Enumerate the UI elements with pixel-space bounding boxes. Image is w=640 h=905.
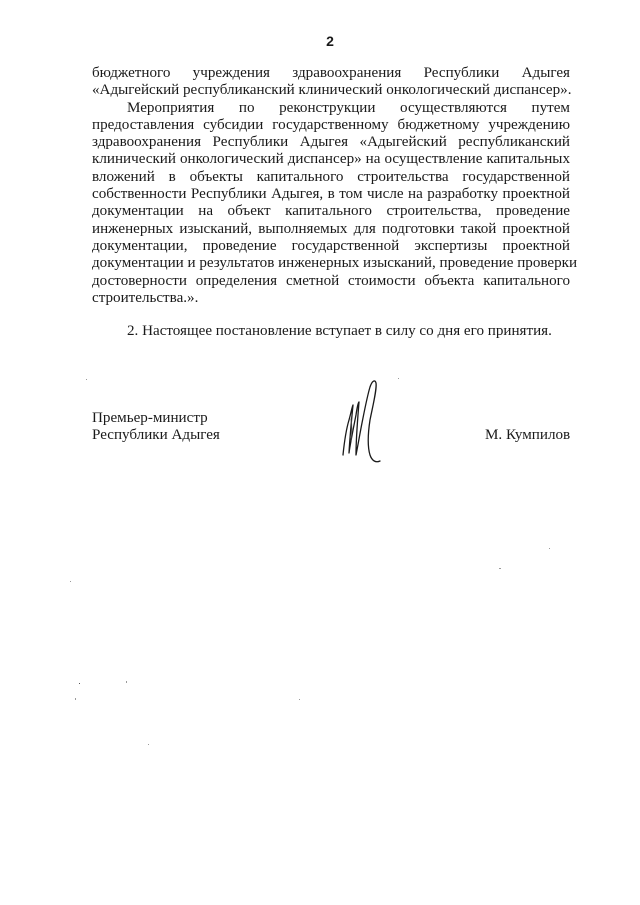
scan-speck [86,379,87,380]
body-text: бюджетного учреждения здравоохранения Ре… [92,65,570,307]
scan-speck [398,378,399,379]
page-number: 2 [0,33,640,49]
text-line: документации, проведение государственной… [92,238,570,255]
text-line: Мероприятия по реконструкции осуществляю… [92,100,570,117]
scan-speck [70,581,71,582]
text-line: документации и результатов инженерных из… [92,255,570,272]
paragraph-continuation: бюджетного учреждения здравоохранения Ре… [92,65,570,100]
scan-speck [549,548,550,549]
handwritten-signature-icon [340,375,385,465]
scan-speck [553,105,554,106]
scan-speck [299,699,300,700]
signatory-title-line-2: Республики Адыгея [92,427,220,444]
text-line: клинический онкологический диспансер» на… [92,151,570,168]
scan-speck [148,744,149,745]
text-line: достоверности определения сметной стоимо… [92,273,570,290]
scan-speck [79,683,80,684]
text-line: документации на объект капитального стро… [92,203,570,220]
text-line: инженерных изысканий, выполняемых для по… [92,221,570,238]
scan-speck [75,698,76,700]
scan-speck [126,681,127,683]
signatory-name: М. Кумпилов [485,427,570,444]
text-line: вложений в объекты капитального строител… [92,169,570,186]
scan-speck [499,568,501,569]
paragraph-reconstruction: Мероприятия по реконструкции осуществляю… [92,100,570,308]
text-line: здравоохранения Республики Адыгея «Адыге… [92,134,570,151]
text-line: собственности Республики Адыгея, в том ч… [92,186,570,203]
text-line: строительства.». [92,290,570,307]
text-line: «Адыгейский республиканский клинический … [92,82,570,99]
text-line: бюджетного учреждения здравоохранения Ре… [92,65,570,82]
signatory-title: Премьер-министр Республики Адыгея [92,410,220,445]
text-line: предоставления субсидии государственному… [92,117,570,134]
signatory-title-line-1: Премьер-министр [92,410,220,427]
clause-2: 2. Настоящее постановление вступает в си… [127,323,552,340]
